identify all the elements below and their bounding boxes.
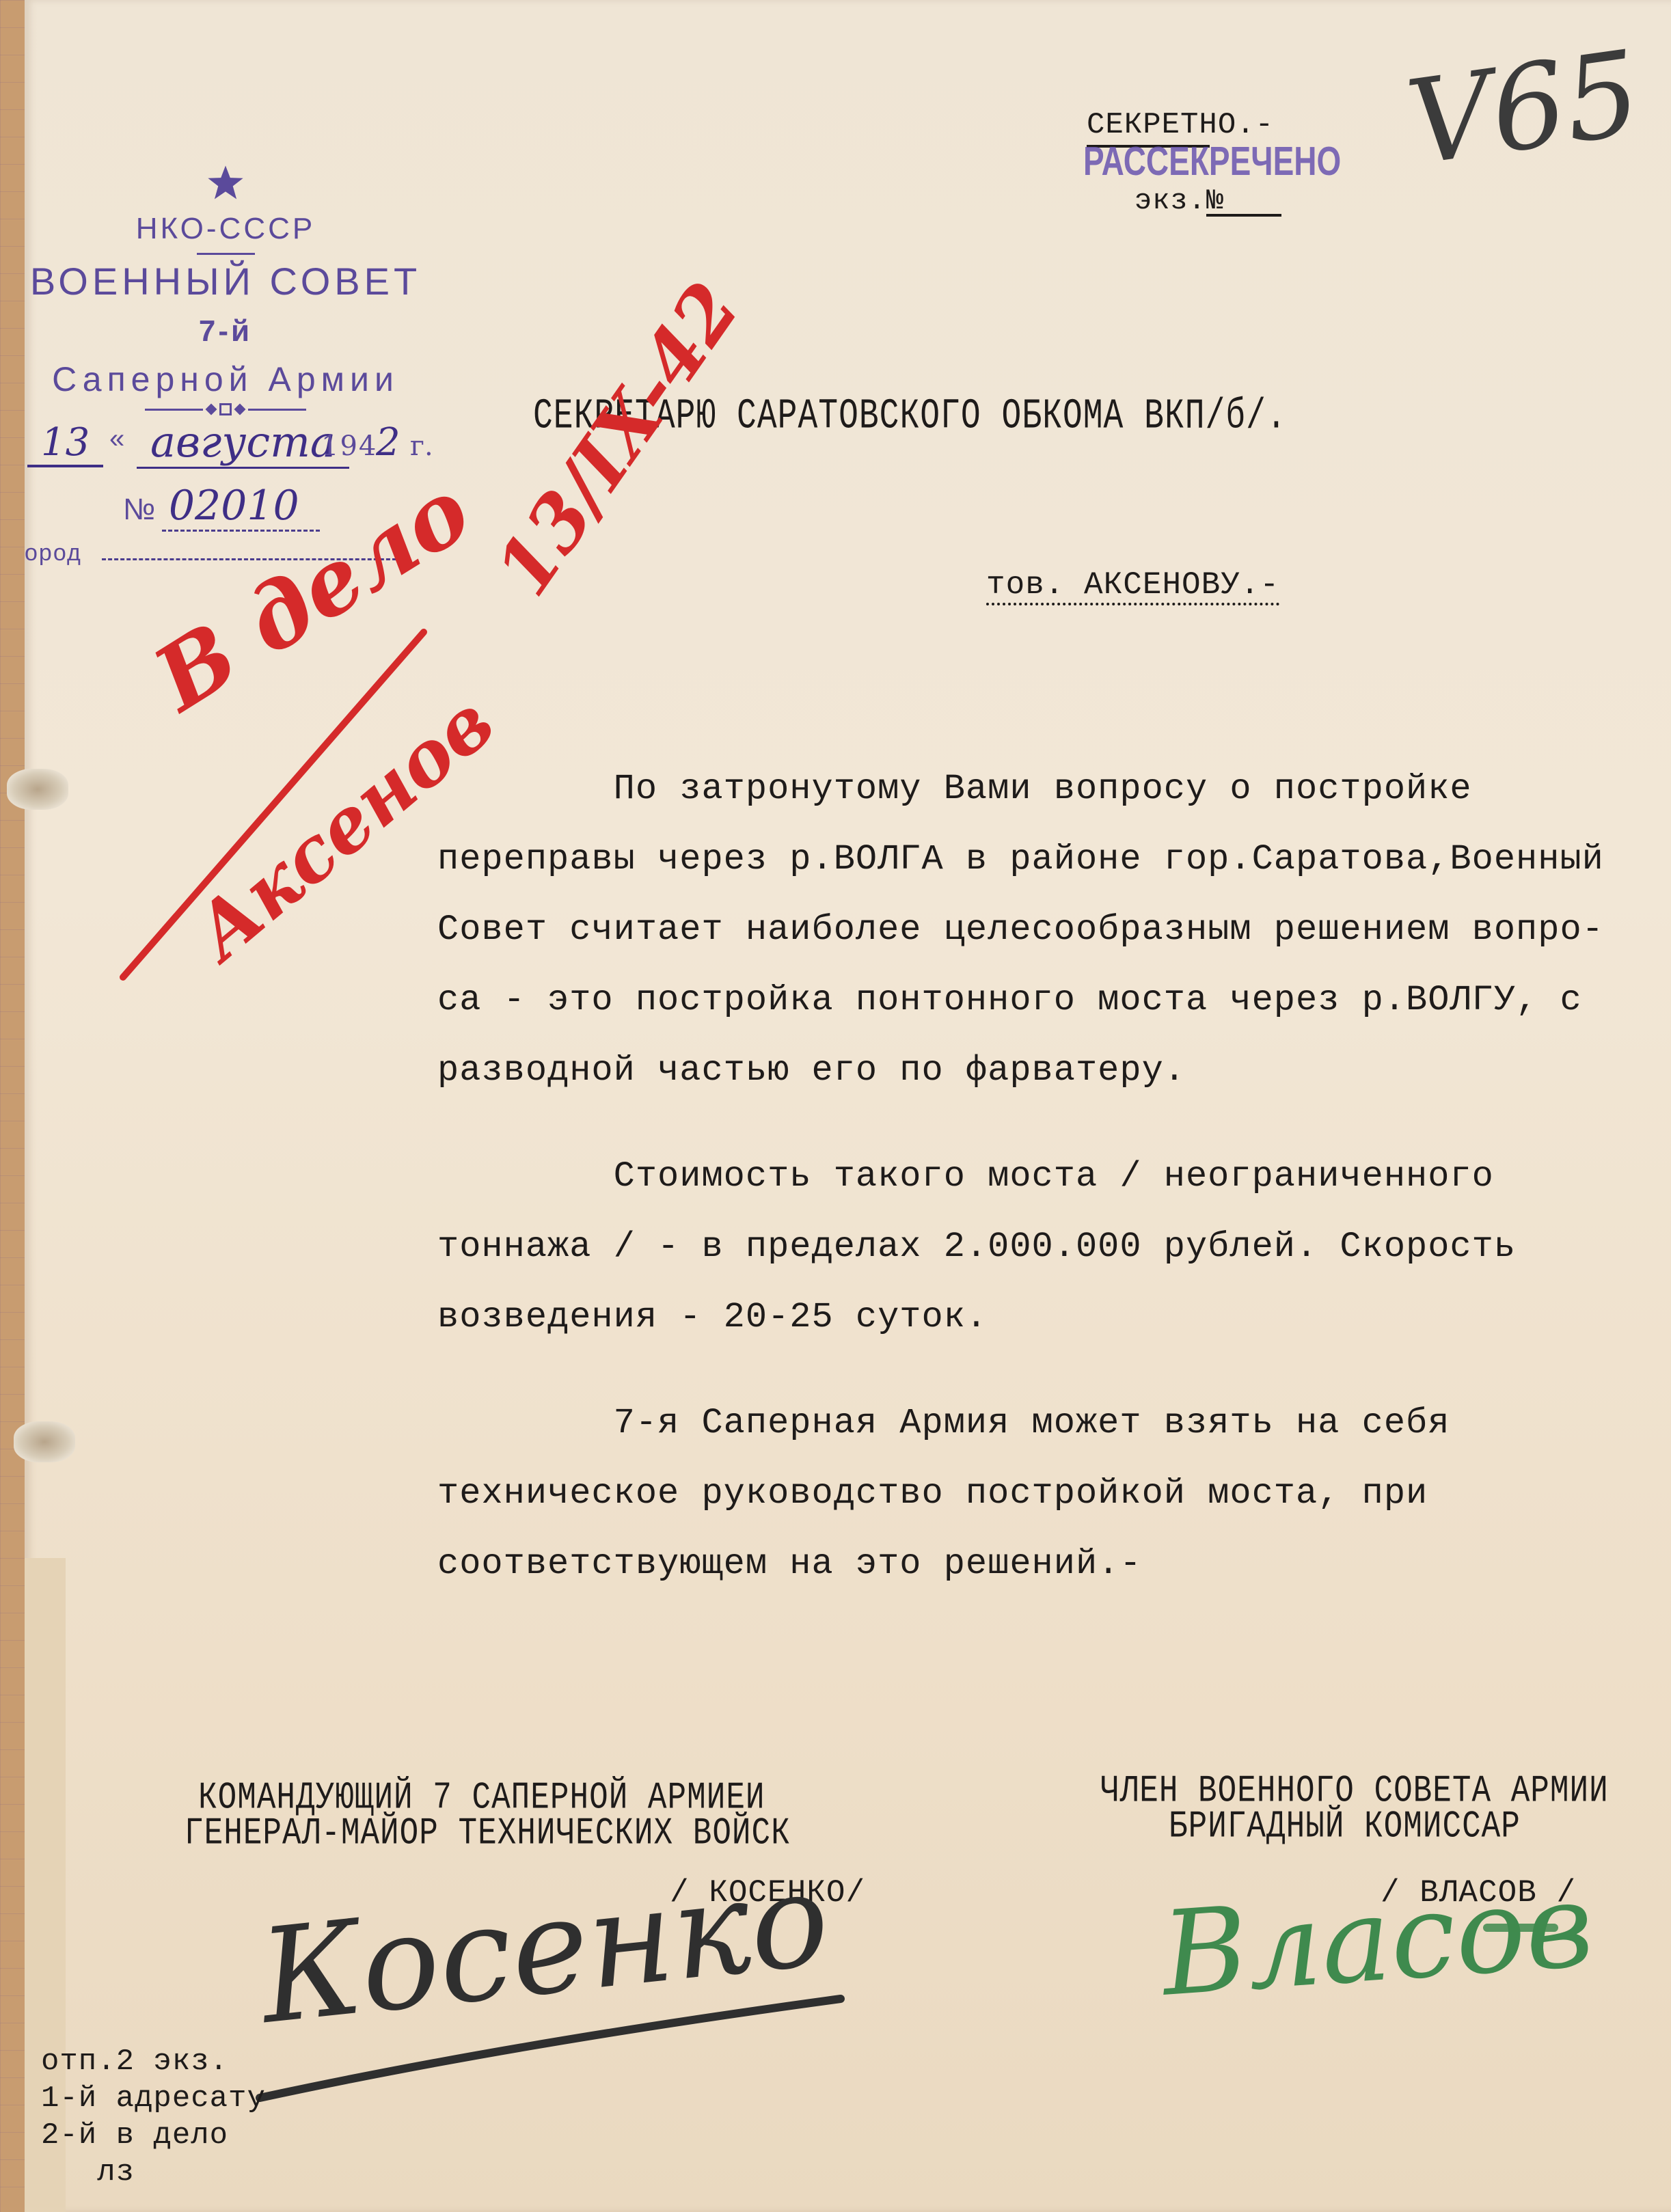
stamp-number-line: № 02010: [123, 482, 320, 530]
stamp-divider: [197, 253, 255, 255]
body-paragraph-2: Стоимость такого моста / неограниченного…: [437, 1156, 1604, 1403]
body-line: разводной частью его по фарватеру.: [437, 1050, 1604, 1156]
red-strike-line: [103, 615, 444, 998]
date-year-suffix: 2: [376, 420, 400, 465]
typist-initials: лз: [41, 2154, 266, 2191]
body-line: техническое руководство постройкой моста…: [437, 1473, 1604, 1544]
binder-hole-top: [7, 769, 68, 810]
body-line: Совет считает наиболее целесообразным ре…: [437, 910, 1604, 980]
green-signature-dash: [1483, 1924, 1558, 1932]
body-line: тоннажа / - в пределах 2.000.000 рублей.…: [437, 1227, 1604, 1297]
stamp-line-army: Саперной Армии: [14, 359, 437, 399]
body-line: 7-я Саперная Армия может взять на себя: [437, 1403, 1604, 1473]
body-line: переправы через р.ВОЛГА в районе гор.Сар…: [437, 839, 1604, 910]
date-quote: «: [109, 424, 127, 454]
council-member-rank: БРИГАДНЫЙ КОМИССАР: [1169, 1805, 1609, 1848]
stamp-line-nko: НКО-СССР: [14, 212, 437, 246]
stamp-line-council: ВОЕННЫЙ СОВЕТ: [14, 259, 437, 303]
binder-hole-bottom: [14, 1421, 75, 1462]
number-label: №: [123, 493, 155, 526]
copy-2-line: 2-й в дело: [41, 2117, 266, 2154]
date-year-prefix: 194: [321, 431, 377, 462]
commander-signature-underline: [239, 1982, 854, 2118]
copies-line: отп.2 экз.: [41, 2043, 266, 2080]
star-icon: [14, 164, 437, 205]
stamp-date-line: 13 « августа 194 2 г.: [27, 420, 437, 475]
declassified-stamp: РАССЕКРЕЧЕНО: [1083, 137, 1341, 185]
army-council-stamp: НКО-СССР ВОЕННЫЙ СОВЕТ 7-й Саперной Арми…: [14, 164, 437, 415]
copy-number-blank: [1206, 214, 1281, 217]
copy-1-line: 1-й адресату: [41, 2080, 266, 2117]
body-paragraph-1: По затронутому Вами вопросу о постройке …: [437, 769, 1604, 1156]
body-line: По затронутому Вами вопросу о постройке: [437, 769, 1604, 839]
number-value: 02010: [162, 482, 320, 532]
distribution-notes: отп.2 экз. 1-й адресату 2-й в дело лз: [41, 2043, 266, 2191]
stamp-line-7th: 7-й: [14, 314, 437, 349]
date-g: г.: [410, 431, 433, 462]
addressee-name: тов. АКСЕНОВУ.-: [986, 567, 1279, 605]
body-line: соответствующем на это решений.-: [437, 1544, 1604, 1614]
stamp-ornament: [14, 403, 437, 415]
letter-body: По затронутому Вами вопросу о постройке …: [437, 769, 1604, 1614]
body-line: са - это постройка понтонного моста чере…: [437, 980, 1604, 1050]
body-line: возведения - 20-25 суток.: [437, 1297, 1604, 1403]
date-month: августа: [137, 417, 349, 469]
city-label: ород: [25, 540, 82, 566]
body-paragraph-3: 7-я Саперная Армия может взять на себя т…: [437, 1403, 1604, 1614]
date-day: 13: [27, 420, 103, 467]
copy-number-label: экз.№: [1135, 185, 1224, 217]
body-line: Стоимость такого моста / неограниченного: [437, 1156, 1604, 1227]
